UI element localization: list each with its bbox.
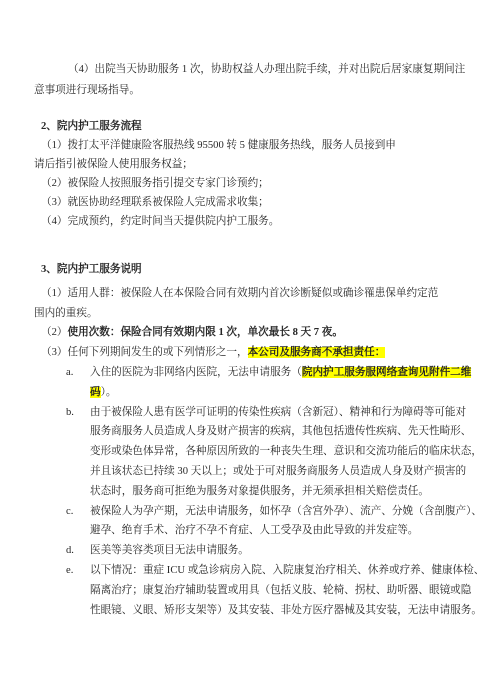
list-item-b-cont: 并且该状态已持续 30 天以上；或处于可对服务商服务人员造成人身及财产损害的	[34, 462, 468, 482]
list-item-text: 由于被保险人患有医学可证明的传染性疾病（含新冠）、精神和行为障碍等可能对	[90, 403, 466, 423]
section-care-worker-process: 2、院内护工服务流程 （1）拨打太平洋健康险客服热线 95500 转 5 健康服…	[34, 117, 468, 231]
item3-text: （3）任何下列期间发生的或下列情形之一，	[41, 347, 248, 358]
list-item-b-cont: 状态时，服务商可拒绝为服务对象提供服务，并无须承担相关赔偿责任。	[34, 482, 468, 502]
section3-item-3: （3）任何下列期间发生的或下列情形之一，本公司及服务商不承担责任：	[34, 343, 468, 363]
list-item-e-cont: 隔离治疗；康复治疗辅助装置或用具（包括义肢、轮椅、拐杖、助听器、眼镜或隐	[34, 581, 468, 601]
list-item-e-cont: 性眼镜、义眼、矫形支架等）及其安装、非处方医疗器械及其安装，无法申请服务。	[34, 601, 468, 621]
list-item-b: b. 由于被保险人患有医学可证明的传染性疾病（含新冠）、精神和行为障碍等可能对	[34, 403, 468, 423]
section-care-worker-notes: 3、院内护工服务说明 （1）适用人群：被保险人在本保险合同有效期内首次诊断疑似或…	[34, 260, 468, 620]
list-item-a: a. 入住的医院为非网络内医院，无法申请服务（院内护工服务服网络查询见附件二维	[34, 363, 468, 383]
document-page: （4）出院当天协助服务 1 次，协助权益人办理出院手续，并对出院后居家康复期间注…	[0, 0, 495, 700]
item2-bold-text: 使用次数：保险合同有效期内限 1 次，单次最长 8 天 7 夜。	[67, 327, 342, 338]
list-marker: e.	[66, 561, 90, 581]
item-a-text: ）。	[101, 387, 117, 398]
intro-line: （4）出院当天协助服务 1 次，协助权益人办理出院手续，并对出院后居家康复期间注	[34, 59, 468, 80]
list-marker: b.	[66, 403, 90, 423]
section3-item-1-cont: 围内的重疾。	[34, 304, 468, 324]
section3-item-1: （1）适用人群：被保险人在本保险合同有效期内首次诊断疑似或确诊罹患保单约定范	[34, 284, 468, 304]
section2-item-3: （3）就医协助经理联系被保险人完成需求收集；	[34, 193, 468, 212]
item3-highlight-text: 本公司及服务商不承担责任：	[248, 347, 386, 358]
list-item-c: c. 被保险人为孕产期，无法申请服务，如怀孕（含宫外孕）、流产、分娩（含剖腹产）…	[34, 502, 468, 522]
list-item-d: d. 医美等美容类项目无法申请服务。	[34, 541, 468, 561]
list-marker: c.	[66, 502, 90, 522]
section2-item-2: （2）被保险人按照服务指引提交专家门诊预约；	[34, 174, 468, 193]
list-item-e: e. 以下情况：重症 ICU 或急诊病房入院、入院康复治疗相关、休养或疗养、健康…	[34, 561, 468, 581]
section2-item-1: （1）拨打太平洋健康险客服热线 95500 转 5 健康服务热线，服务人员接到申	[34, 136, 468, 155]
section2-item-4: （4）完成预约，约定时间当天提供院内护工服务。	[34, 212, 468, 231]
section3-heading: 3、院内护工服务说明	[34, 260, 468, 280]
intro-paragraph: （4）出院当天协助服务 1 次，协助权益人办理出院手续，并对出院后居家康复期间注…	[34, 59, 468, 101]
section2-heading: 2、院内护工服务流程	[34, 117, 468, 136]
item2-number: （2）	[41, 327, 67, 338]
section3-item-2: （2）使用次数：保险合同有效期内限 1 次，单次最长 8 天 7 夜。	[34, 323, 468, 343]
list-marker: d.	[66, 541, 90, 561]
intro-line: 意事项进行现场指导。	[34, 80, 468, 101]
item-a-text: 入住的医院为非网络内医院，无法申请服务（	[90, 367, 302, 378]
item-a-highlight-text: 码	[90, 387, 101, 398]
list-marker: a.	[66, 363, 90, 383]
item-a-highlight-text: 院内护工服务服网络查询见附件二维	[302, 367, 472, 378]
list-item-text: 医美等美容类项目无法申请服务。	[90, 541, 249, 561]
list-item-c-cont: 避孕、绝育手术、治疗不孕不育症、人工受孕及由此导致的并发症等。	[34, 521, 468, 541]
list-item-text: 以下情况：重症 ICU 或急诊病房入院、入院康复治疗相关、休养或疗养、健康体检、	[90, 561, 484, 581]
section2-item-1-cont: 请后指引被保险人使用服务权益；	[34, 155, 468, 174]
list-item-a-cont: 码）。	[34, 383, 468, 403]
list-item-text: 被保险人为孕产期，无法申请服务，如怀孕（含宫外孕）、流产、分娩（含剖腹产）、	[90, 502, 482, 522]
list-item-b-cont: 变形或染色体异常，各种原因所致的一种丧失生理、意识和交流功能后的临床状态，	[34, 442, 468, 462]
list-item-b-cont: 服务商服务人员造成人身及财产损害的疾病，其他包括遗传性疾病、先天性畸形、	[34, 422, 468, 442]
list-item-text: 入住的医院为非网络内医院，无法申请服务（院内护工服务服网络查询见附件二维	[90, 363, 471, 383]
